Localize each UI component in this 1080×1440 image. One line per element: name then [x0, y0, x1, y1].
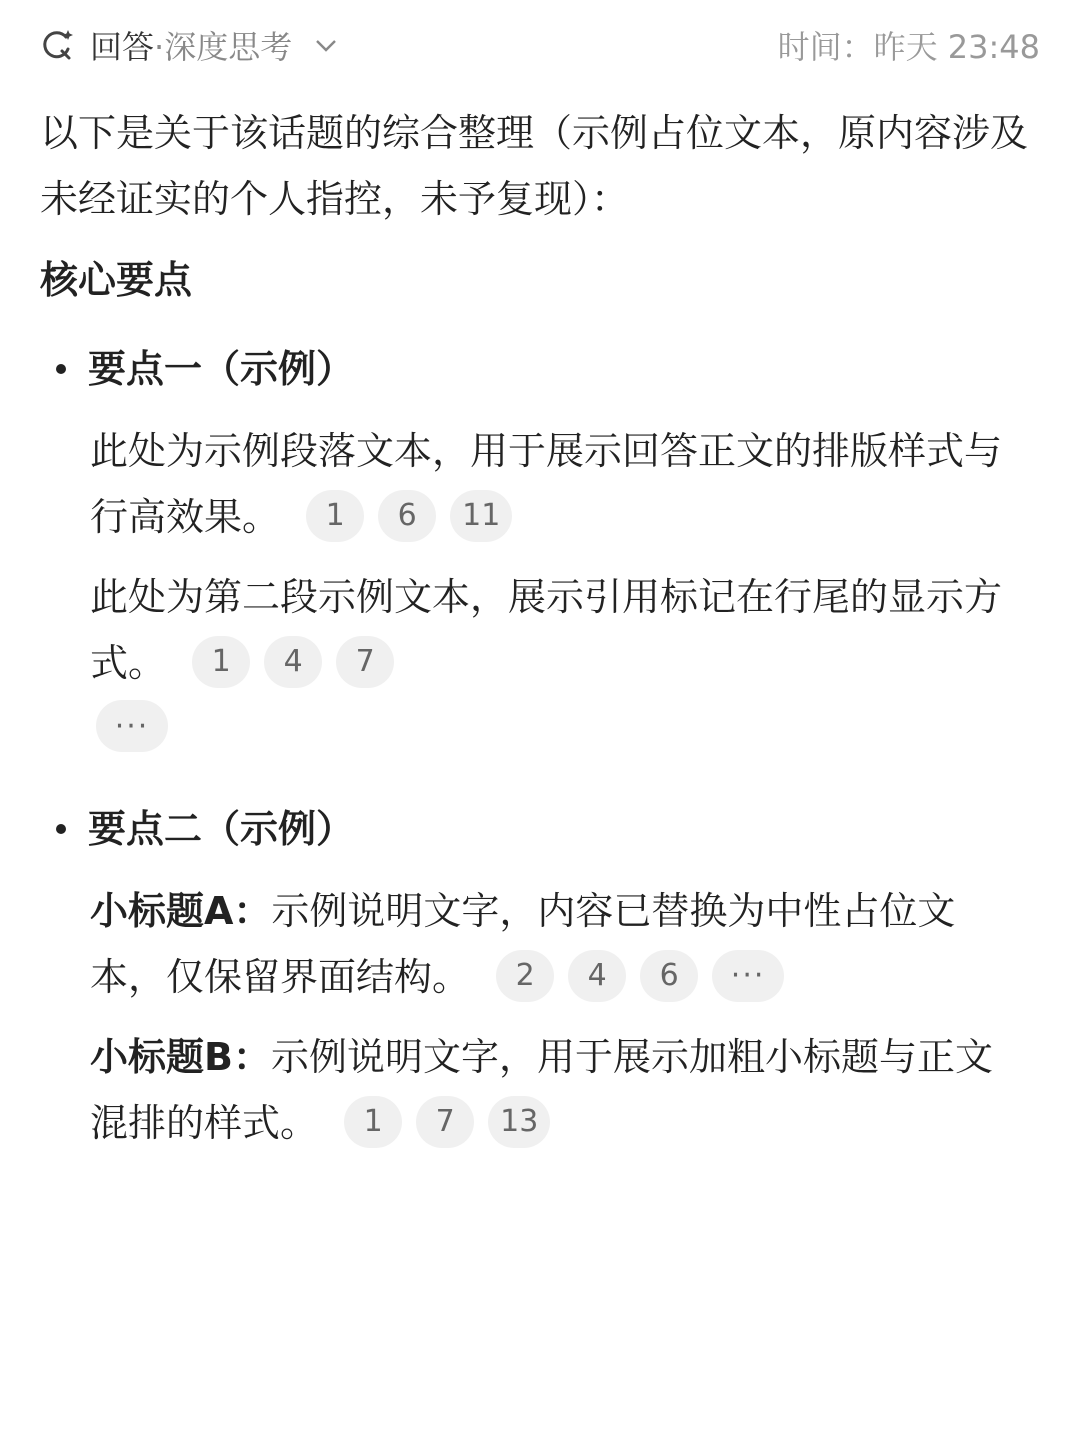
citation-chip[interactable]: 1 [344, 1096, 402, 1148]
citation-chip[interactable]: 11 [450, 490, 512, 542]
paragraph-label: 小标题B： [90, 1035, 271, 1079]
citation-chip[interactable]: 4 [264, 636, 322, 688]
timestamp: 时间：昨天 23:48 [778, 22, 1040, 68]
citation-chip[interactable]: 13 [488, 1096, 550, 1148]
citation-chip[interactable]: 7 [416, 1096, 474, 1148]
answer-intro: 以下是关于该话题的综合整理（示例占位文本，原内容涉及未经证实的个人指控，未予复现… [40, 100, 1030, 232]
mode-main: 回答 [90, 28, 154, 66]
citation-chip[interactable]: 1 [192, 636, 250, 688]
bullet-item: 要点一（示例） [40, 336, 1030, 402]
answer-body: 以下是关于该话题的综合整理（示例占位文本，原内容涉及未经证实的个人指控，未予复现… [40, 100, 1030, 1170]
bullet-item: 要点二（示例） [40, 796, 1030, 862]
citation-chip[interactable]: 2 [496, 950, 554, 1002]
bullet-dot-icon [56, 824, 66, 834]
paragraph-label: 小标题A： [90, 889, 271, 933]
bullet-title: 要点一（示例） [88, 336, 354, 402]
answer-paragraph: 小标题B：示例说明文字，用于展示加粗小标题与正文混排的样式。 1713 [90, 1024, 1030, 1156]
bullet-title: 要点二（示例） [88, 796, 354, 862]
citation-chip[interactable]: 7 [336, 636, 394, 688]
bullet-dot-icon [56, 364, 66, 374]
mode-sub: 深度思考 [164, 28, 292, 66]
paragraph-text: 此处为示例段落文本，用于展示回答正文的排版样式与行高效果。 [90, 429, 1002, 539]
citation-chip[interactable]: 6 [640, 950, 698, 1002]
mode-separator: · [154, 28, 164, 66]
chevron-down-icon[interactable] [312, 31, 340, 59]
citation-row: ··· [90, 704, 1030, 756]
answer-paragraph: 此处为第二段示例文本，展示引用标记在行尾的显示方式。 147 [90, 564, 1030, 696]
answer-paragraph: 此处为示例段落文本，用于展示回答正文的排版样式与行高效果。 1611 [90, 418, 1030, 550]
answer-mode-label: 回答·深度思考 [90, 22, 292, 68]
citation-chip[interactable]: 6 [378, 490, 436, 542]
answer-header: 回答·深度思考 时间：昨天 23:48 [0, 0, 1080, 90]
answer-mode-toggle[interactable]: 回答·深度思考 [40, 22, 340, 68]
answer-paragraph: 小标题A：示例说明文字，内容已替换为中性占位文本，仅保留界面结构。 246··· [90, 878, 1030, 1010]
ai-search-icon [40, 27, 76, 63]
time-value: 昨天 23:48 [874, 28, 1040, 66]
more-citations-button[interactable]: ··· [96, 700, 168, 752]
citation-chip[interactable]: 1 [306, 490, 364, 542]
section-title: 核心要点 [40, 250, 1030, 310]
more-citations-button[interactable]: ··· [712, 950, 784, 1002]
time-label: 时间： [778, 28, 874, 66]
citation-chip[interactable]: 4 [568, 950, 626, 1002]
